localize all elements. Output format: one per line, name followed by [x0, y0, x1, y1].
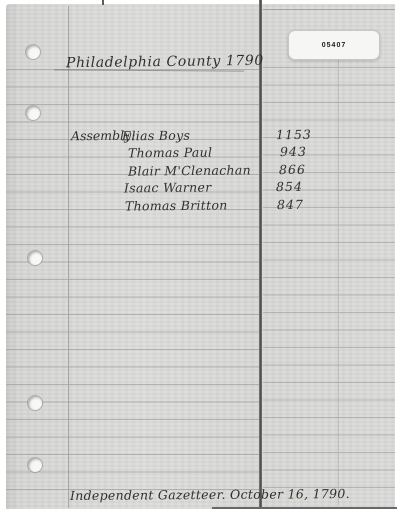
punch-hole — [28, 396, 42, 410]
vote-count: 943 — [280, 144, 307, 159]
rear-sheet-bottom-edge — [212, 507, 397, 509]
candidate-name: Thomas Paul — [128, 145, 212, 161]
scanned-notebook-page: 05407 Philadelphia County 1790 Assembly:… — [0, 0, 400, 512]
scan-artifact-mark — [102, 0, 104, 5]
vote-count: 847 — [277, 197, 304, 212]
candidate-name: Blair M'Clenachan — [128, 162, 251, 178]
punch-hole — [28, 251, 42, 265]
archive-number-sticker: 05407 — [288, 30, 380, 60]
sheet-edge-divider — [259, 0, 262, 509]
vote-count: 854 — [276, 179, 303, 194]
rear-sheet-top-edge — [263, 9, 395, 10]
candidate-name: Thomas Britton — [125, 197, 228, 213]
candidate-name: Elias Boys — [122, 128, 190, 144]
punch-hole — [26, 45, 40, 59]
page-title: Philadelphia County 1790 — [66, 54, 264, 71]
vote-count: 866 — [279, 162, 306, 177]
punch-hole — [26, 106, 40, 120]
punch-hole — [28, 458, 42, 472]
source-citation: Independent Gazetteer. October 16, 1790. — [70, 486, 350, 503]
archive-number: 05407 — [322, 42, 346, 49]
margin-rule-line — [68, 6, 69, 508]
vote-count: 1153 — [276, 127, 312, 142]
faint-vertical-rule — [338, 58, 339, 505]
candidate-name: Isaac Warner — [124, 180, 212, 196]
